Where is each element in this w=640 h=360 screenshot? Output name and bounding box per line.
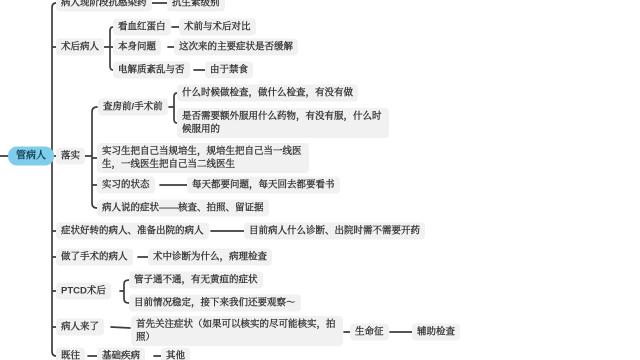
node-post-op-patient[interactable]: 术后病人 [56, 39, 104, 56]
edge-implement-bracket [85, 107, 97, 208]
node-past-history[interactable]: 既往 [56, 348, 85, 360]
node-before-rounds[interactable]: 查房前/手术前 [98, 99, 168, 116]
node-tube-patency[interactable]: 管子通不通，有无黄疸的症状 [129, 272, 263, 289]
node-basic-disease[interactable]: 基础疾病 [97, 348, 145, 360]
edge-first-symptoms [111, 327, 130, 328]
node-vital-signs[interactable]: 生命征 [350, 324, 389, 341]
edge-postop-bracket [104, 27, 113, 70]
node-daily-questions[interactable]: 每天都要问题，每天回去都要看书 [187, 177, 340, 194]
node-electrolyte[interactable]: 电解质紊乱与否 [113, 62, 190, 79]
node-when-exam[interactable]: 什么时候做检查，做什么检查，有没有做 [177, 85, 358, 102]
node-operated-patients[interactable]: 做了手术的病人 [56, 249, 133, 266]
node-intern-state[interactable]: 实习的状态 [97, 177, 155, 194]
node-symptom-relief[interactable]: 这次来的主要症状是否缓解 [174, 39, 298, 56]
node-discharge-check[interactable]: 目前病人什么诊断、出院时需不需要开药 [244, 223, 425, 240]
node-extra-meds[interactable]: 是否需要额外服用什么药物，有没有服，什么时候服用的 [177, 108, 389, 138]
node-patient-arrived[interactable]: 病人来了 [56, 319, 104, 336]
edge-spine [52, 3, 56, 356]
node-intern-roles[interactable]: 实习生把自己当规培生，规培生把自己当一线医生，一线医生把自己当二线医生 [97, 143, 309, 173]
node-patient-symptoms[interactable]: 病人说的症状——核查、拍照、留证据 [97, 200, 269, 217]
edge-rounds-bracket [169, 93, 177, 123]
node-intraop-diagnosis[interactable]: 术中诊断为什么，病理检查 [148, 249, 272, 266]
edge-ptcd-bracket [120, 280, 129, 303]
node-auxiliary-exam[interactable]: 辅助检查 [412, 324, 460, 341]
node-due-to-fasting[interactable]: 由于禁食 [205, 62, 253, 79]
node-current-anti-infection[interactable]: 病人现阶段抗感染药 [56, 0, 152, 12]
node-root[interactable]: 管病人 [8, 147, 54, 166]
node-first-symptoms[interactable]: 首先关注症状（如果可以核实的尽可能核实，拍照） [131, 316, 343, 346]
node-hemoglobin[interactable]: 看血红蛋白 [113, 19, 171, 36]
node-stable-observe[interactable]: 目前情况稳定，接下来我们还要观察～ [129, 295, 301, 312]
node-pre-post-compare[interactable]: 术前与术后对比 [179, 19, 256, 36]
node-ptcd-post-op[interactable]: PTCD术后 [56, 283, 111, 300]
node-antibiotic-level[interactable]: 抗生素级别 [167, 0, 225, 12]
node-implement[interactable]: 落实 [56, 148, 85, 165]
mindmap-canvas: 管病人 病人现阶段抗感染药 抗生素级别 术后病人 看血红蛋白 术前与术后对比 本… [0, 0, 640, 360]
node-other[interactable]: 其他 [161, 348, 190, 360]
node-own-problem[interactable]: 本身问题 [113, 39, 161, 56]
node-improving-patients[interactable]: 症状好转的病人、准备出院的病人 [56, 223, 209, 240]
